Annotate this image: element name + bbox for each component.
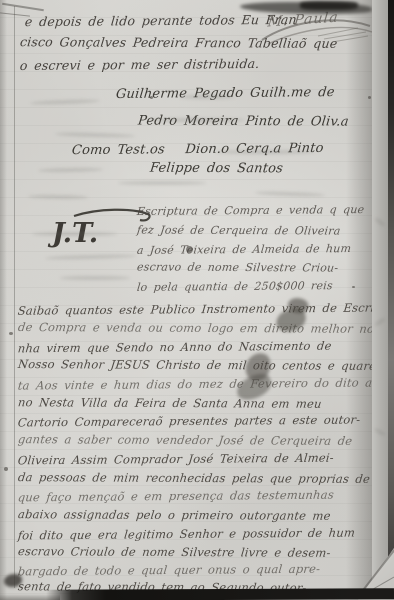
signature-line: Felippe dos Santos	[149, 161, 284, 177]
bleed-through-mark	[150, 118, 245, 122]
opening-line: o escrevi e por me ser distribuida.	[19, 56, 260, 73]
summary-line: lo pela quantia de 250$000 reis	[136, 279, 333, 294]
summary-line: escravo de nome Silvestre Criou-	[136, 260, 339, 274]
body-line: escravo Crioulo de nome Silvestre livre …	[17, 544, 331, 560]
bleed-through-mark	[30, 99, 100, 105]
body-line: da pessoas de mim reconhecidas pelas que…	[17, 470, 370, 486]
bleed-through-mark	[45, 254, 137, 260]
body-line: ta Aos vinte e hum dias do mez de Fevere…	[17, 375, 385, 392]
summary-line: fez José de Cerqueira de Oliveira	[136, 223, 341, 237]
body-line: Nosso Senhor JESUS Christo de mil oito c…	[17, 357, 388, 373]
body-line: que faço mençaõ e em presença das testem…	[17, 488, 334, 505]
manuscript-page-scan: e depois de lido perante todos Eu Fran c…	[0, 0, 394, 600]
left-edge-shadow	[0, 0, 7, 600]
bleed-through-mark	[215, 150, 315, 154]
gutter-dark-strip	[388, 0, 394, 600]
paper-speck	[150, 96, 153, 99]
body-line: nha virem que Sendo no Anno do Nasciment…	[17, 339, 332, 356]
summary-line: a José Teixeira de Almeida de hum	[136, 242, 352, 257]
bleed-through-mark	[255, 191, 325, 197]
bleed-through-mark	[60, 276, 130, 280]
bleed-through-mark	[32, 232, 117, 236]
fore-edge-strip	[372, 0, 388, 600]
bleed-through-mark	[38, 167, 103, 172]
body-line: Cartorio Compareceraõ presentes partes a…	[17, 413, 361, 430]
body-line: bargado de todo e qual quer onus o qual …	[17, 562, 321, 579]
page-curve-shadow	[346, 0, 374, 600]
bleed-through-mark	[118, 181, 206, 185]
body-line: de Compra e venda ou como logo em direit…	[17, 320, 394, 336]
paper-speck	[9, 332, 13, 335]
body-line: Oliveira Assim Comprador José Teixeira d…	[17, 451, 334, 468]
body-line: foi dito que era legitimo Senhor e possu…	[17, 526, 356, 543]
body-line: Saibaõ quantos este Publico Instromento …	[17, 300, 394, 317]
body-line: gantes a saber como vendedor José de Cer…	[17, 432, 353, 448]
body-line: no Nesta Villa da Feira de Santa Anna em…	[17, 395, 322, 411]
signature-line: Guilherme Pegado Guilh.me de	[115, 85, 335, 102]
scan-bottom-band	[46, 588, 394, 600]
bleed-through-mark	[28, 194, 88, 199]
bleed-through-mark	[180, 95, 235, 99]
corner-streak	[2, 3, 44, 11]
bleed-through-mark	[55, 132, 135, 138]
paper-speck	[4, 467, 8, 471]
body-line: abaixo assignadas pelo o primeiro outorg…	[17, 507, 331, 523]
ink-dot	[186, 246, 193, 253]
margin-rule-line	[14, 6, 15, 588]
opening-line: e depois de lido perante todos Eu Fran	[24, 12, 297, 29]
summary-line: Escriptura de Compra e venda q que	[136, 203, 365, 218]
